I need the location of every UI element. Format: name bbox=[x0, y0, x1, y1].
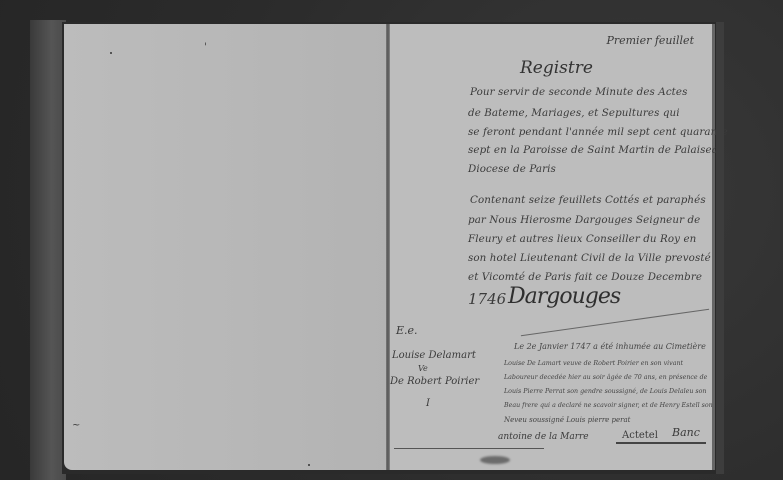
preamble-line: Contenant seize feuillets Cottés et para… bbox=[470, 194, 706, 206]
preamble-line: Pour servir de seconde Minute des Actes bbox=[470, 86, 688, 98]
signature-dargouges: Dargouges bbox=[508, 284, 620, 309]
margin-veuve: Ve bbox=[418, 364, 428, 373]
year-text: 1746 bbox=[468, 290, 506, 308]
entry-line: Beau frere qui a declaré ne scavoir sign… bbox=[504, 402, 713, 409]
signature-banc: Banc bbox=[672, 426, 700, 439]
preamble-line: Diocese de Paris bbox=[468, 163, 556, 175]
entry-line: Neveu soussigné Louis pierre perat bbox=[504, 416, 631, 424]
ink-spot bbox=[308, 464, 310, 466]
closing-rule bbox=[394, 448, 544, 449]
margin-husband: De Robert Poirier bbox=[390, 376, 479, 387]
closing-rule bbox=[616, 442, 706, 444]
entry-line: Louise De Lamart veuve de Robert Poirier… bbox=[504, 360, 683, 367]
ink-spot bbox=[110, 52, 112, 54]
margin-name: Louise Delamart bbox=[392, 350, 476, 361]
folio-note: Premier feuillet bbox=[606, 34, 694, 47]
ink-mark: ~ bbox=[72, 420, 80, 431]
margin-mark: E.e. bbox=[396, 324, 418, 337]
entry-line: Louis Pierre Perrat son gendre soussigné… bbox=[504, 388, 706, 395]
preamble-line: se feront pendant l'année mil sept cent … bbox=[468, 126, 728, 138]
entry-line: Laboureur decedée hier au soir âgée de 7… bbox=[504, 374, 707, 381]
preamble-line: et Vicomté de Paris fait ce Douze Decemb… bbox=[468, 271, 702, 283]
flourish-line bbox=[521, 309, 709, 336]
right-page: Premier feuillet Registre Pour servir de… bbox=[390, 24, 715, 470]
page-edge-shadow bbox=[716, 22, 724, 474]
signature-antoine: antoine de la Marre bbox=[498, 432, 589, 442]
preamble-line: Fleury et autres lieux Conseiller du Roy… bbox=[468, 233, 696, 245]
ink-mark: ' bbox=[204, 42, 207, 53]
ink-smudge bbox=[480, 456, 510, 464]
register-title: Registre bbox=[520, 58, 593, 78]
open-register: ' ~ Premier feuillet Registre Pour servi… bbox=[62, 22, 716, 474]
left-page: ' ~ bbox=[64, 24, 386, 470]
preamble-line: sept en la Paroisse de Saint Martin de P… bbox=[468, 144, 725, 156]
binding-edge bbox=[30, 20, 66, 480]
preamble-line: de Bateme, Mariages, et Sepultures qui bbox=[468, 107, 680, 119]
preamble-line: par Nous Hierosme Dargouges Seigneur de bbox=[468, 214, 700, 226]
entry-line: Le 2e Janvier 1747 a été inhumée au Cime… bbox=[514, 342, 706, 351]
signature-actetel: Actetel bbox=[622, 430, 658, 441]
margin-number: I bbox=[426, 398, 430, 409]
preamble-line: son hotel Lieutenant Civil de la Ville p… bbox=[468, 252, 711, 264]
